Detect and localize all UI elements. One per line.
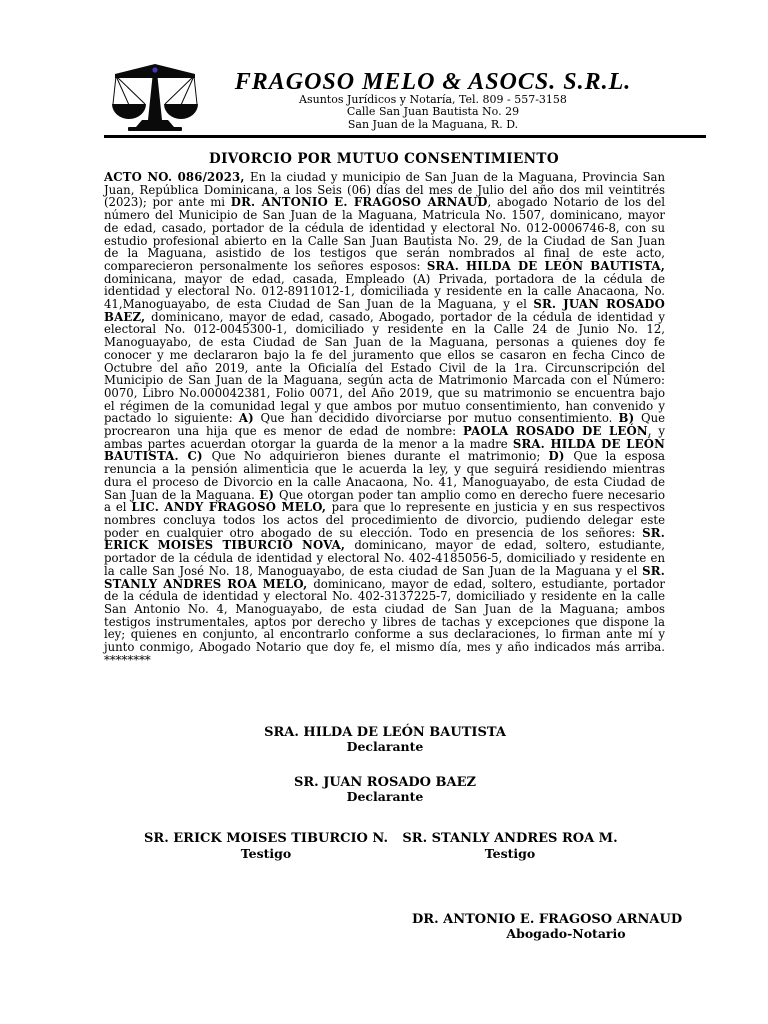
signature-declarant1-role: Declarante: [347, 739, 424, 754]
signature-declarant1-name: SRA. HILDA DE LEÓN BAUTISTA: [264, 725, 506, 740]
signature-notary-name: DR. ANTONIO E. FRAGOSO ARNAUD: [412, 912, 682, 927]
firm-address-street: Calle San Juan Bautista No. 29: [230, 106, 636, 118]
document-body: ACTO NO. 086/2023, En la ciudad y munici…: [104, 171, 665, 666]
signature-declarant2-role: Declarante: [347, 789, 424, 804]
firm-address-city: San Juan de la Maguana, R. D.: [230, 119, 636, 131]
logo-dot: [152, 67, 157, 72]
signature-witness1-role: Testigo: [241, 846, 291, 861]
scales-shape: [112, 64, 198, 131]
signature-witness2-role: Testigo: [485, 846, 535, 861]
document-page: FRAGOSO MELO & ASOCS. S.R.L. Asuntos Jur…: [0, 0, 768, 1024]
header-divider: [104, 135, 706, 138]
document-title: DIVORCIO POR MUTUO CONSENTIMIENTO: [0, 151, 768, 167]
firm-name: FRAGOSO MELO & ASOCS. S.R.L.: [230, 70, 636, 94]
signature-notary-role: Abogado-Notario: [506, 926, 625, 941]
signature-witness2-name: SR. STANLY ANDRES ROA M.: [402, 831, 617, 846]
signature-witness1-name: SR. ERICK MOISES TIBURCIO N.: [144, 831, 388, 846]
signature-declarant2-name: SR. JUAN ROSADO BAEZ: [294, 775, 476, 790]
scales-of-justice-icon: [108, 62, 202, 136]
letterhead: FRAGOSO MELO & ASOCS. S.R.L. Asuntos Jur…: [230, 70, 636, 131]
